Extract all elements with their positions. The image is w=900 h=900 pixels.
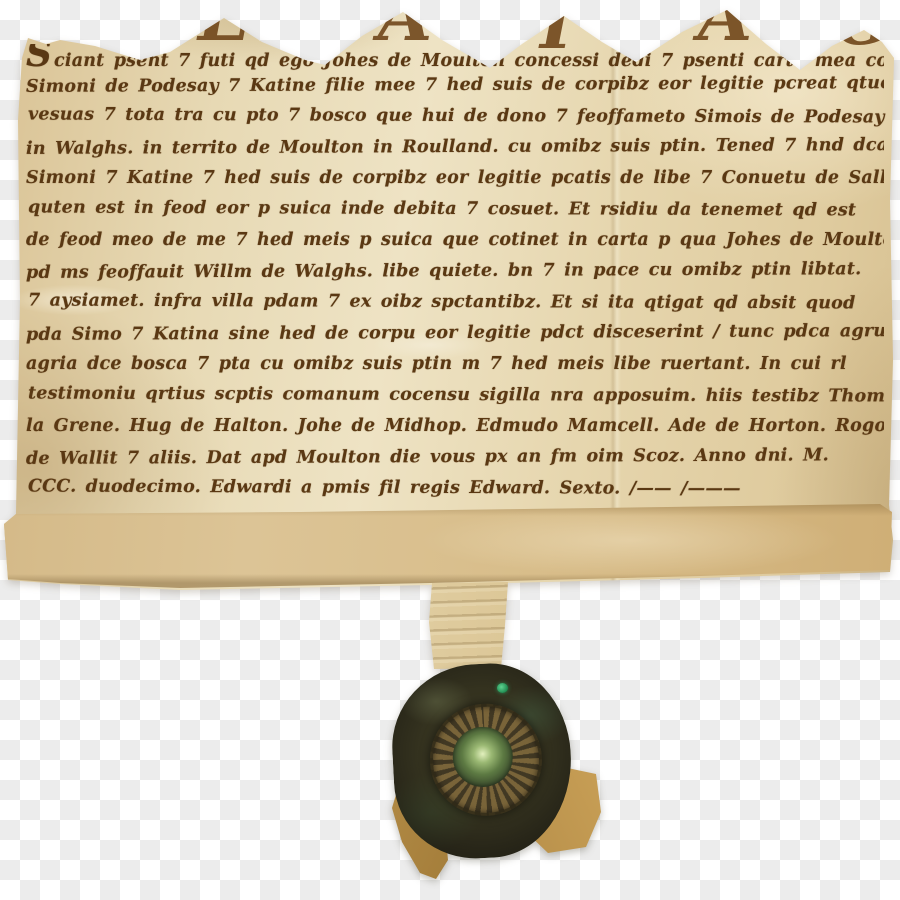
- seal-central-boss: [451, 725, 514, 788]
- transparency-checkerboard-background: A E A I A G Sciant psent 7 futi qd ego J…: [0, 0, 900, 900]
- seal-legend-ring: [427, 701, 545, 819]
- verdigris-spot: [497, 683, 508, 693]
- pendant-seal-group: [0, 0, 900, 900]
